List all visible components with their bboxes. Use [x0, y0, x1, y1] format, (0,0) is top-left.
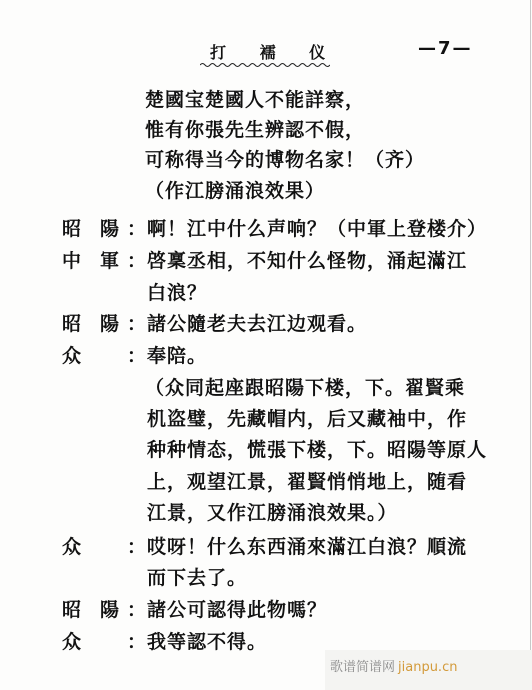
speaker-label: 昭 陽 [62, 217, 119, 241]
speaker-colon: ： [127, 598, 146, 622]
speaker-label: 众 [62, 535, 81, 559]
dialogue-line: 啓稟丞相，不知什么怪物，涌起滿江 [147, 249, 467, 273]
stage-direction: （众同起座跟昭陽下楼，下。翟賢乘 [145, 376, 465, 400]
page-edge [530, 0, 531, 690]
dialogue-line: 白浪？ [147, 281, 207, 305]
stage-direction: 上，观望江景，翟賢悄悄地上，随看 [147, 470, 467, 494]
stage-direction: 机盗璧，先藏帽内，后又藏袖中，作 [147, 407, 467, 431]
stage-direction: （作江膀涌浪效果） [145, 179, 325, 203]
speaker-colon: ： [127, 344, 146, 368]
watermark-domain: jianpu.cn [398, 660, 457, 675]
page-header: 打 襦 仪 —7— [200, 40, 520, 74]
verse-line: 楚國宝楚國人不能詳察， [145, 88, 365, 112]
dialogue-line: 諸公隨老夫去江边观看。 [147, 312, 367, 336]
watermark-site-name: 歌谱简谱网 [330, 660, 395, 675]
speaker-colon: ： [127, 630, 146, 654]
stage-direction: 种种情态，慌張下楼，下。昭陽等原人 [147, 438, 487, 462]
speaker-label: 昭 陽 [62, 598, 119, 622]
dialogue-line: 哎呀！什么东西涌來滿江白浪？順流 [147, 535, 467, 559]
speaker-label: 昭 陽 [62, 312, 119, 336]
speaker-colon: ： [127, 217, 146, 241]
dialogue-line: 啊！江中什么声响？（中軍上登楼介） [147, 217, 487, 241]
dialogue-line: 奉陪。 [147, 344, 207, 368]
watermark: 歌谱简谱网jianpu.cn [330, 656, 457, 675]
speaker-label: 众 [62, 630, 81, 654]
speaker-colon: ： [127, 312, 146, 336]
running-title: 打 襦 仪 [210, 40, 339, 63]
speaker-colon: ： [127, 249, 146, 273]
verse-line: 惟有你張先生辨認不假， [145, 118, 365, 142]
speaker-colon: ： [127, 535, 146, 559]
stage-direction: 江景，又作江膀涌浪效果。） [147, 501, 398, 525]
dialogue-line: 而下去了。 [147, 566, 247, 590]
dialogue-line: 諸公可認得此物嗎？ [147, 598, 327, 622]
page-number: —7— [418, 38, 473, 59]
speaker-label: 中 軍 [62, 249, 119, 273]
speaker-label: 众 [62, 344, 81, 368]
verse-line: 可称得当今的博物名家！（齐） [145, 148, 425, 172]
scanned-page: 打 襦 仪 —7— 楚國宝楚國人不能詳察， 惟有你張先生辨認不假， 可称得当今的… [0, 0, 532, 690]
dialogue-line: 我等認不得。 [147, 630, 267, 654]
wavy-underline [200, 62, 330, 68]
